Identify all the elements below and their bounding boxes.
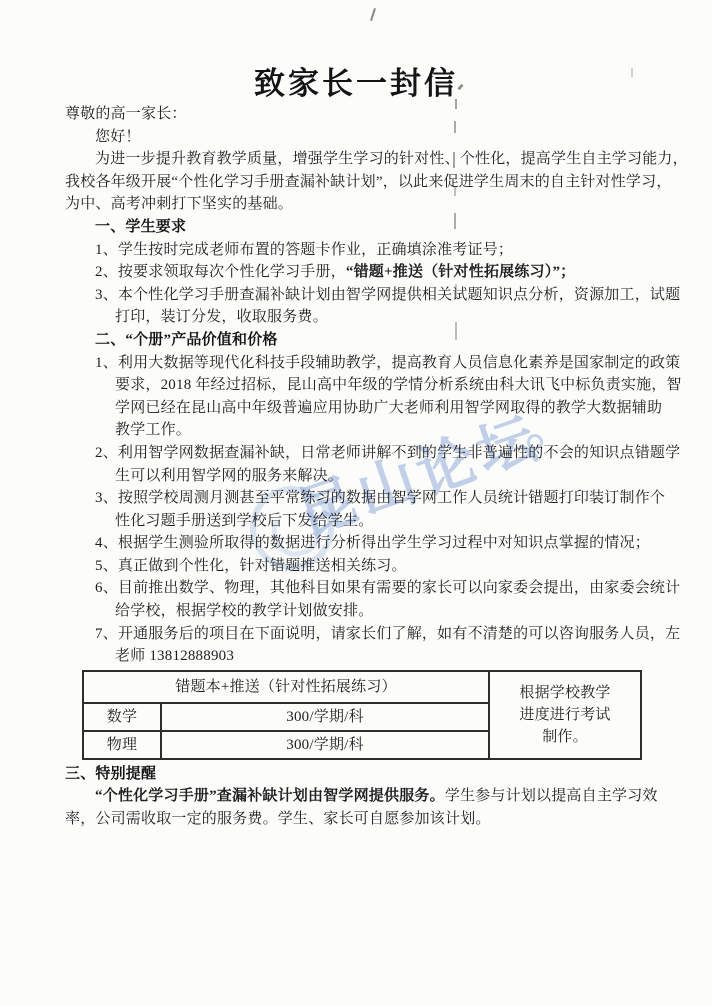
s2-item-3-cont: 性化习题手册送到学校后下发给学生。 bbox=[115, 510, 659, 533]
s2-item-7-phone: 老师 13812888903 bbox=[115, 645, 659, 668]
s3-line-1-rest: 学生参与计划以提高自主学习效 bbox=[445, 788, 658, 804]
s1-item-2-text: 2、按要求领取每次个性化学习手册， bbox=[95, 264, 346, 280]
price-cell-math: 300/学期/科 bbox=[161, 703, 489, 731]
intro-line: 为进一步提升教育教学质量，增强学生学习的针对性、个性化，提高学生自主学习能力， bbox=[95, 148, 659, 171]
s2-item-6: 6、目前推出数学、物理，其他科目如果有需要的家长可以向家委会提出，由家委会统计 bbox=[95, 577, 659, 600]
scan-artifact bbox=[455, 322, 457, 340]
s1-item-2: 2、按要求领取每次个性化学习手册，“错题+推送（针对性拓展练习）”； bbox=[95, 261, 659, 284]
section-2-heading: 二、“个册”产品价值和价格 bbox=[95, 329, 659, 352]
scanned-letter-page: 昆山论坛 致家长一封信 尊敬的高一家长： 您好！ 为进一步提升教育教学质量，增强… bbox=[0, 0, 712, 1006]
scan-artifact bbox=[455, 99, 457, 109]
scan-artifact bbox=[454, 186, 456, 196]
greeting: 您好！ bbox=[95, 126, 659, 149]
s2-item-6-cont: 给学校，根据学校的教学计划做安排。 bbox=[115, 600, 659, 623]
document-title: 致家长一封信 bbox=[0, 58, 712, 103]
table-note-cell: 根据学校教学进度进行考试制作。 bbox=[489, 671, 641, 759]
section-3-heading: 三、特别提醒 bbox=[65, 763, 659, 786]
scan-artifact bbox=[453, 152, 455, 168]
scan-artifact bbox=[370, 8, 376, 21]
s1-item-3-cont: 打印，装订分发，收取服务费。 bbox=[115, 306, 659, 329]
intro-line: 为中、高考冲刺打下坚实的基础。 bbox=[65, 193, 659, 216]
table-note-text: 根据学校教学进度进行考试制作。 bbox=[517, 682, 613, 748]
section-1-heading: 一、学生要求 bbox=[95, 216, 659, 239]
s2-item-1: 1、利用大数据等现代化科技手段辅助教学，提高教育人员信息化素养是国家制定的政策 bbox=[95, 352, 659, 375]
scan-artifact bbox=[631, 68, 633, 77]
s2-item-1-cont: 学网已经在昆山高中年级普遍应用协助广大老师利用智学网取得的教学大数据辅助 bbox=[115, 397, 659, 420]
s3-line-1-bold: “个性化学习手册”查漏补缺计划由智学网提供服务。 bbox=[95, 788, 445, 804]
s2-item-7: 7、开通服务后的项目在下面说明，请家长们了解，如有不清楚的可以咨询服务人员，左 bbox=[95, 623, 659, 646]
s2-item-1-cont: 要求，2018 年经过招标，昆山高中年级的学情分析系统由科大讯飞中标负责实施，智 bbox=[115, 374, 659, 397]
scan-artifact bbox=[454, 213, 456, 229]
scan-artifact bbox=[455, 284, 457, 296]
intro-line: 我校各年级开展“个性化学习手册查漏补缺计划”，以此来促进学生周末的自主针对性学习… bbox=[65, 171, 659, 194]
salutation: 尊敬的高一家长： bbox=[65, 103, 659, 126]
s2-item-3: 3、按照学校周测月测甚至平常练习的数据由智学网工作人员统计错题打印装订制作个 bbox=[95, 487, 659, 510]
subject-cell-math: 数学 bbox=[83, 703, 161, 731]
table-header-cell: 错题本+推送（针对性拓展练习） bbox=[83, 671, 489, 703]
s3-line-1: “个性化学习手册”查漏补缺计划由智学网提供服务。学生参与计划以提高自主学习效 bbox=[95, 785, 659, 808]
price-table: 错题本+推送（针对性拓展练习） 根据学校教学进度进行考试制作。 数学 300/学… bbox=[82, 670, 642, 760]
price-cell-physics: 300/学期/科 bbox=[161, 731, 489, 759]
s3-line-2: 率，公司需收取一定的服务费。学生、家长可自愿参加该计划。 bbox=[65, 808, 659, 831]
s1-item-1: 1、学生按时完成老师布置的答题卡作业，正确填涂准考证号； bbox=[95, 239, 659, 262]
s2-item-4: 4、根据学生测验所取得的数据进行分析得出学生学习过程中对知识点掌握的情况； bbox=[95, 532, 659, 555]
scan-artifact bbox=[454, 121, 456, 133]
s1-item-3: 3、本个性化学习手册查漏补缺计划由智学网提供相关试题知识点分析，资源加工，试题 bbox=[95, 284, 659, 307]
s2-item-1-cont: 教学工作。 bbox=[115, 419, 659, 442]
s2-item-2-cont: 生可以利用智学网的服务来解决。 bbox=[115, 465, 659, 488]
s2-item-5: 5、真正做到个性化，针对错题推送相关练习。 bbox=[95, 555, 659, 578]
subject-cell-physics: 物理 bbox=[83, 731, 161, 759]
s1-item-2-bold: “错题+推送（针对性拓展练习）”； bbox=[346, 264, 575, 280]
letter-body: 尊敬的高一家长： 您好！ 为进一步提升教育教学质量，增强学生学习的针对性、个性化… bbox=[65, 103, 659, 831]
s2-item-2: 2、利用智学网数据查漏补缺，日常老师讲解不到的学生非普遍性的不会的知识点错题学 bbox=[95, 442, 659, 465]
